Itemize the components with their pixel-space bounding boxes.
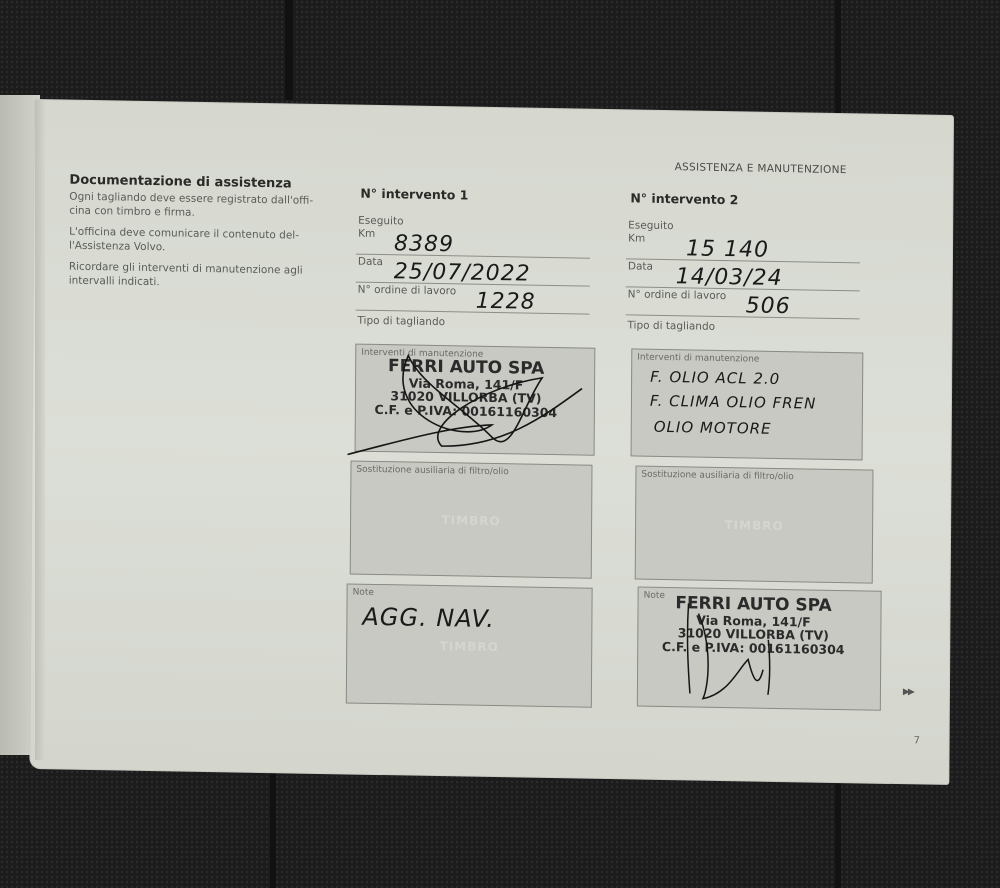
service-type-field: Tipo di tagliando xyxy=(355,311,589,333)
seat-seam xyxy=(270,770,276,888)
workshop-stamp: FERRI AUTO SPA Via Roma, 141/F 31020 VIL… xyxy=(366,357,566,420)
date-label: Data xyxy=(358,256,383,268)
work-order-label: N° ordine di lavoro xyxy=(358,284,457,298)
notes-label: Note xyxy=(353,588,374,598)
intervention-title: N° intervento 2 xyxy=(630,190,864,209)
handwritten-line: OLIO MOTORE xyxy=(654,418,772,438)
double-chevron-right-icon: ▶▶ xyxy=(903,687,913,697)
maintenance-label: Interventi di manutenzione xyxy=(637,353,759,365)
handwritten-note: AGG. NAV. xyxy=(362,603,495,633)
km-label: Km xyxy=(358,228,375,240)
intervention-title: N° intervento 1 xyxy=(360,186,594,205)
km-field[interactable]: Km 15 140 xyxy=(626,231,860,263)
book-spine xyxy=(35,100,45,760)
intro-title: Documentazione di assistenza xyxy=(69,173,329,193)
km-field[interactable]: Km 8389 xyxy=(356,227,590,259)
page-number: 7 xyxy=(914,735,920,746)
intro-paragraph: L'officina deve comunicare il contenuto … xyxy=(69,225,329,258)
filter-oil-box-1[interactable]: Sostituzione ausiliaria di filtro/olio T… xyxy=(350,461,593,579)
stamp-watermark: TIMBRO xyxy=(636,517,872,535)
stamp-vat: C.F. e P.IVA: 00161160304 xyxy=(648,640,858,657)
service-type-label: Tipo di tagliando xyxy=(357,315,445,329)
km-value: 8389 xyxy=(394,231,454,257)
intro-block: Documentazione di assistenza Ogni taglia… xyxy=(69,173,330,300)
maintenance-box-2[interactable]: Interventi di manutenzione F. OLIO ACL 2… xyxy=(631,348,864,460)
booklet-page: ASSISTENZA E MANUTENZIONE Documentazione… xyxy=(30,100,953,784)
date-field[interactable]: Data 25/07/2022 xyxy=(356,255,590,287)
date-value: 25/07/2022 xyxy=(394,259,531,286)
km-value: 15 140 xyxy=(686,236,769,262)
service-type-label: Tipo di tagliando xyxy=(627,319,715,333)
intervention-1: N° intervento 1 Eseguito Km 8389 Data 25… xyxy=(353,186,594,333)
section-header: ASSISTENZA E MANUTENZIONE xyxy=(675,161,847,176)
work-order-field[interactable]: N° ordine di lavoro 506 xyxy=(626,287,860,319)
notes-box-2[interactable]: Note FERRI AUTO SPA Via Roma, 141/F 3102… xyxy=(637,587,882,711)
filter-oil-label: Sostituzione ausiliaria di filtro/olio xyxy=(641,470,793,483)
work-order-label: N° ordine di lavoro xyxy=(628,288,727,302)
filter-oil-label: Sostituzione ausiliaria di filtro/olio xyxy=(356,465,508,478)
intro-paragraph: Ogni tagliando deve essere registrato da… xyxy=(69,190,329,223)
filter-oil-box-2[interactable]: Sostituzione ausiliaria di filtro/olio T… xyxy=(635,465,874,583)
handwritten-line: F. OLIO ACL 2.0 xyxy=(650,368,780,388)
service-type-field: Tipo di tagliando xyxy=(625,315,859,337)
intro-paragraph: Ricordare gli interventi di manutenzione… xyxy=(69,260,329,293)
date-label: Data xyxy=(628,260,653,272)
handwritten-line: F. CLIMA OLIO FREN xyxy=(650,392,816,413)
date-value: 14/03/24 xyxy=(676,264,783,291)
work-order-value: 506 xyxy=(746,293,791,319)
stamp-watermark: TIMBRO xyxy=(351,512,591,530)
date-field[interactable]: Data 14/03/24 xyxy=(626,259,860,291)
intervention-2: N° intervento 2 Eseguito Km 15 140 Data … xyxy=(623,190,864,337)
workshop-stamp: FERRI AUTO SPA Via Roma, 141/F 31020 VIL… xyxy=(648,594,858,658)
km-label: Km xyxy=(628,232,645,244)
notes-box-1[interactable]: Note TIMBRO AGG. NAV. xyxy=(346,583,593,707)
work-order-field[interactable]: N° ordine di lavoro 1228 xyxy=(356,283,590,315)
stamp-vat: C.F. e P.IVA: 00161160304 xyxy=(366,403,566,420)
maintenance-box-1[interactable]: Interventi di manutenzione FERRI AUTO SP… xyxy=(355,344,596,456)
stamp-watermark: TIMBRO xyxy=(347,638,591,656)
work-order-value: 1228 xyxy=(476,289,536,315)
seat-seam xyxy=(285,0,293,100)
